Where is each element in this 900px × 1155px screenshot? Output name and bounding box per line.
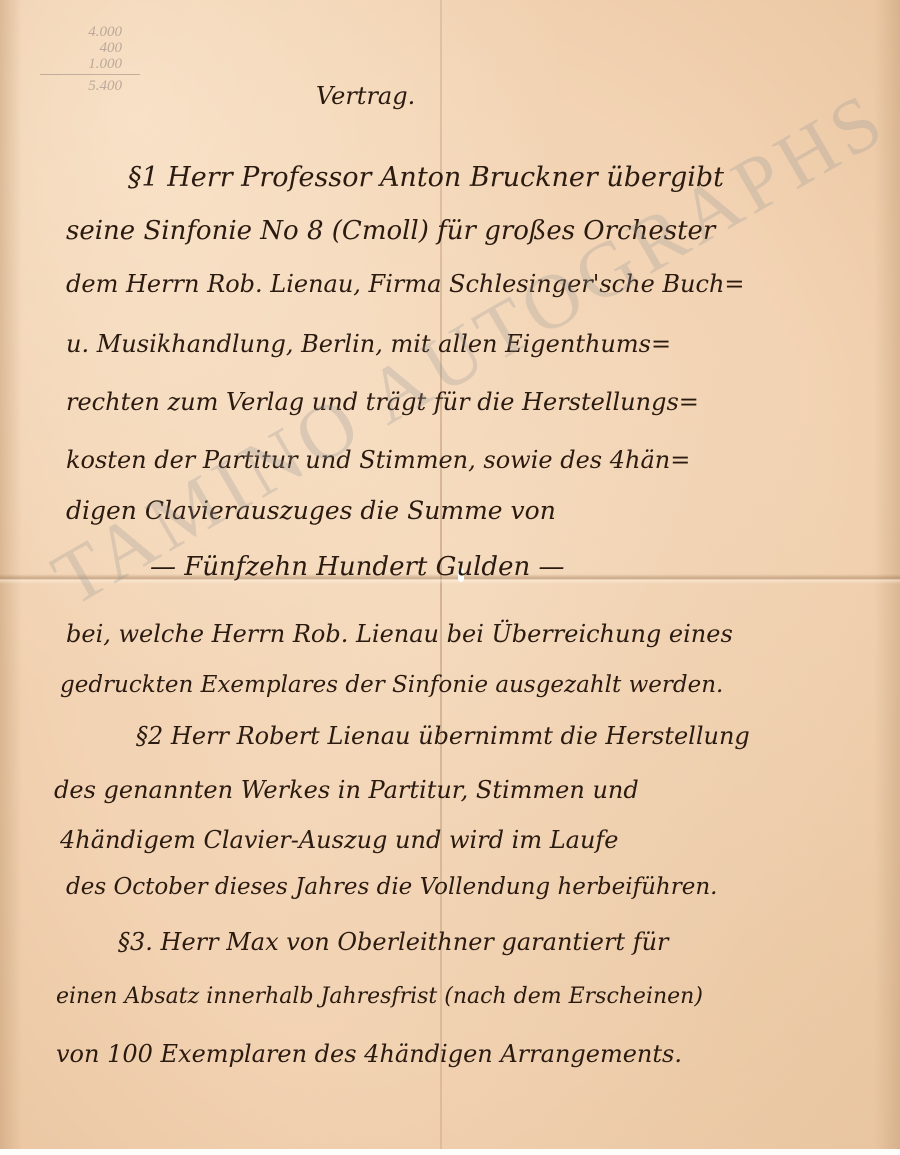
contract-line: §3. Herr Max von Oberleithner garantiert… [118,928,669,956]
pencil-note: 400 [52,40,122,56]
contract-line: bei, welche Herrn Rob. Lienau bei Überre… [66,620,733,648]
contract-line: seine Sinfonie No 8 (Cmoll) für großes O… [66,216,715,246]
contract-line: des genannten Werkes in Partitur, Stimme… [54,776,639,804]
pencil-calculation: 4.000 400 1.000 5.400 [52,24,140,94]
contract-line: kosten der Partitur und Stimmen, sowie d… [66,446,690,474]
contract-line: §1 Herr Professor Anton Bruckner übergib… [128,162,724,193]
contract-line: rechten zum Verlag und trägt für die Her… [66,388,699,416]
pencil-note: 4.000 [52,24,122,40]
pencil-note-total: 5.400 [52,78,122,94]
contract-line: digen Clavierauszuges die Summe von [66,496,556,525]
pencil-note: 1.000 [52,56,122,72]
contract-line: §2 Herr Robert Lienau übernimmt die Hers… [136,722,750,750]
contract-line: 4händigem Clavier-Auszug und wird im Lau… [60,826,619,854]
document-page: 4.000 400 1.000 5.400 Vertrag. §1 Herr P… [0,0,900,1155]
document-title: Vertrag. [316,82,415,110]
contract-line: des October dieses Jahres die Vollendung… [66,874,717,900]
contract-line: gedruckten Exemplares der Sinfonie ausge… [60,672,723,698]
contract-line: u. Musikhandlung, Berlin, mit allen Eige… [66,330,671,358]
page-bottom-edge [0,1149,900,1155]
contract-line: von 100 Exemplaren des 4händigen Arrange… [56,1040,682,1068]
contract-line: einen Absatz innerhalb Jahresfrist (nach… [56,984,703,1009]
contract-line-amount: — Fünfzehn Hundert Gulden — [150,552,564,582]
pencil-sum-rule [40,74,140,75]
contract-line: dem Herrn Rob. Lienau, Firma Schlesinger… [66,270,745,298]
